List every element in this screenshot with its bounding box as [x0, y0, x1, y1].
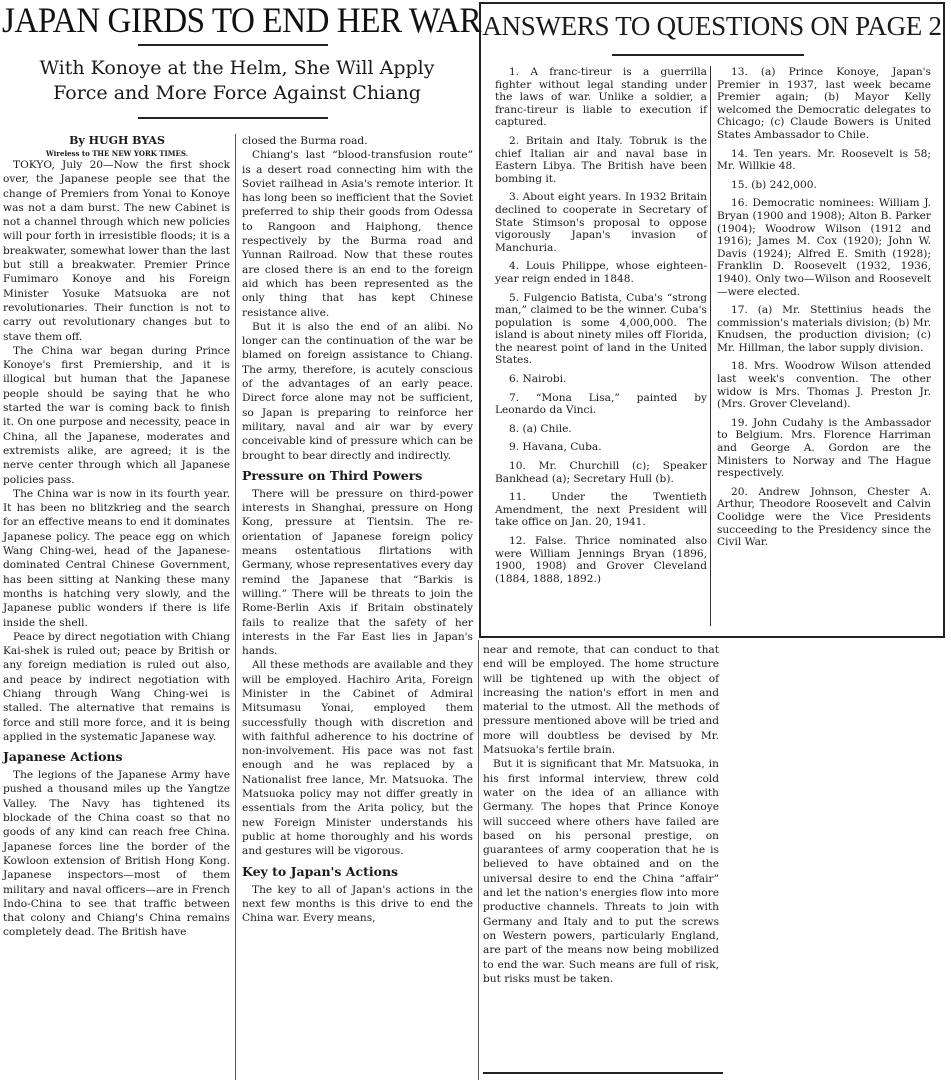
answer-item: 3. About eight years. In 1932 Britain de… — [495, 191, 707, 254]
answer-item: 13. (a) Prince Konoye, Japan's Premier i… — [717, 66, 931, 142]
answer-item: 18. Mrs. Woodrow Wilson attended last we… — [717, 360, 931, 410]
answer-item: 4. Louis Philippe, whose eighteen-year r… — [495, 260, 707, 285]
paragraph: Peace by direct negotiation with Chiang … — [3, 630, 230, 744]
paragraph: The China war began during Prince Konoye… — [3, 344, 230, 487]
article-column-1: TOKYO, July 20—Now the first shock over,… — [3, 158, 230, 940]
answer-item: 14. Ten years. Mr. Roosevelt is 58; Mr. … — [717, 148, 931, 173]
paragraph: closed the Burma road. — [242, 134, 473, 148]
paragraph: The China war is now in its fourth year.… — [3, 487, 230, 630]
answer-item: 9. Havana, Cuba. — [495, 441, 707, 454]
paragraph: The legions of the Japanese Army have pu… — [3, 768, 230, 940]
paragraph: TOKYO, July 20—Now the first shock over,… — [3, 158, 230, 344]
article-column-2: closed the Burma road. Chiang's last “bl… — [242, 134, 473, 925]
answer-item: 5. Fulgencio Batista, Cuba's “strong man… — [495, 292, 707, 368]
paragraph: There will be pressure on third-power in… — [242, 487, 473, 659]
answer-item: 11. Under the Twentieth Amendment, the n… — [495, 491, 707, 529]
paragraph: But it is also the end of an alibi. No l… — [242, 320, 473, 463]
dateline-credit: Wireless to THE NEW YORK TIMES. — [4, 149, 230, 158]
paragraph: Chiang's last “blood-transfusion route” … — [242, 148, 473, 320]
section-heading: Japanese Actions — [3, 749, 230, 765]
paragraph: But it is significant that Mr. Matsuoka,… — [483, 757, 719, 986]
news-article: JAPAN GIRDS TO END HER WAR With Konoye a… — [0, 0, 474, 1080]
subhead-line-2: Force and More Force Against Chiang — [0, 81, 474, 106]
answers-box: ANSWERS TO QUESTIONS ON PAGE 2 1. A fran… — [479, 2, 945, 638]
answer-item: 10. Mr. Churchill (c); Speaker Bankhead … — [495, 460, 707, 485]
subhead-line-1: With Konoye at the Helm, She Will Apply — [0, 56, 474, 81]
headline: JAPAN GIRDS TO END HER WAR — [2, 0, 434, 40]
answers-column-1: 1. A franc-tireur is a guerrilla fighter… — [495, 66, 707, 591]
answer-item: 1. A franc-tireur is a guerrilla fighter… — [495, 66, 707, 129]
answer-item: 17. (a) Mr. Stettinius heads the commiss… — [717, 304, 931, 354]
answer-item: 2. Britain and Italy. Tobruk is the chie… — [495, 135, 707, 185]
byline: By HUGH BYAS — [4, 134, 230, 147]
answer-item: 12. False. Thrice nominated also were Wi… — [495, 535, 707, 585]
answers-column-2: 13. (a) Prince Konoye, Japan's Premier i… — [717, 66, 931, 555]
subhead-rule — [138, 117, 328, 119]
column-divider — [710, 66, 711, 626]
section-heading: Pressure on Third Powers — [242, 468, 473, 484]
answer-item: 15. (b) 242,000. — [717, 179, 931, 192]
answer-item: 6. Nairobi. — [495, 373, 707, 386]
answers-title: ANSWERS TO QUESTIONS ON PAGE 2 — [481, 10, 943, 42]
paragraph: The key to all of Japan's actions in the… — [242, 883, 473, 926]
column-divider — [235, 134, 236, 1080]
paragraph: near and remote, that can conduct to tha… — [483, 643, 719, 757]
paragraph: All these methods are available and they… — [242, 658, 473, 858]
answer-item: 20. Andrew Johnson, Chester A. Arthur, T… — [717, 486, 931, 549]
article-column-3: near and remote, that can conduct to tha… — [483, 643, 719, 986]
headline-rule — [138, 44, 328, 46]
column-divider — [478, 640, 479, 1080]
answer-item: 16. Democratic nominees: William J. Brya… — [717, 197, 931, 298]
bottom-rule — [483, 1072, 723, 1074]
answer-item: 8. (a) Chile. — [495, 423, 707, 436]
subheadline: With Konoye at the Helm, She Will Apply … — [0, 56, 474, 106]
answer-item: 7. “Mona Lisa,” painted by Leonardo da V… — [495, 392, 707, 417]
section-heading: Key to Japan's Actions — [242, 864, 473, 880]
answers-title-rule — [612, 54, 804, 56]
answer-item: 19. John Cudahy is the Ambassador to Bel… — [717, 417, 931, 480]
